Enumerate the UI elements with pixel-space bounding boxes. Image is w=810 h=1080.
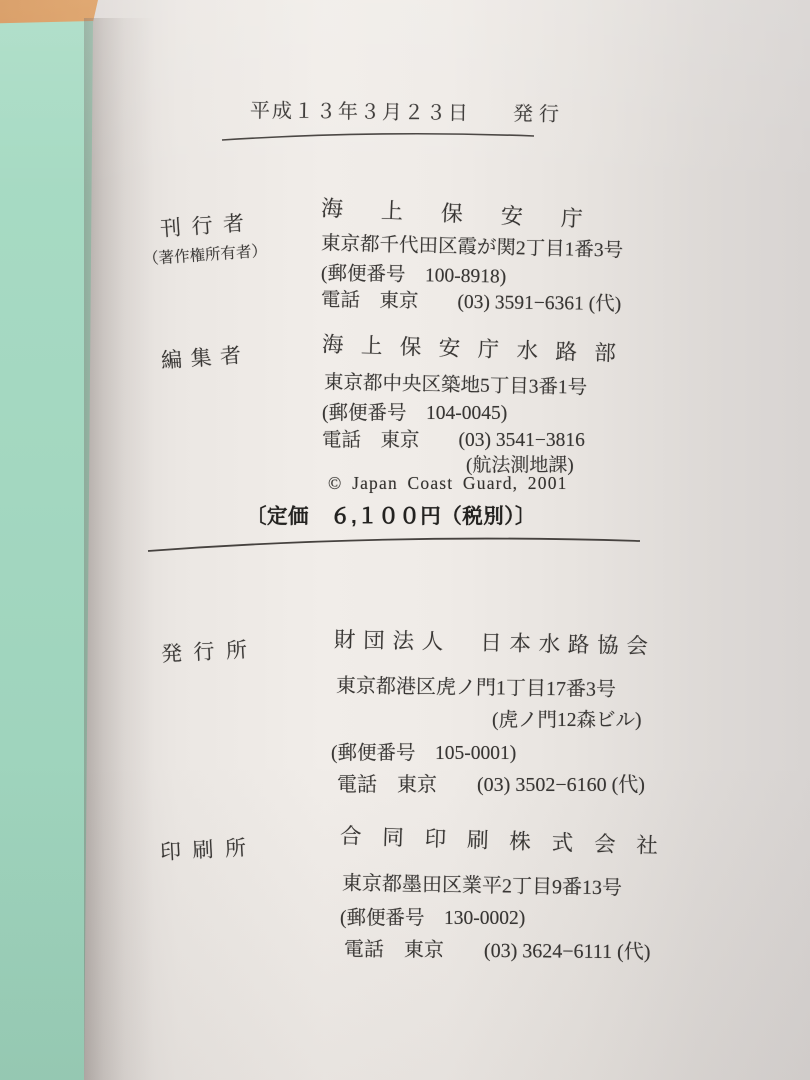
publisher-role-note: （著作権所有者）: [142, 239, 267, 270]
printer-org-name: 合同印刷株式会社: [340, 819, 659, 860]
issuer-building-note: (虎ノ門12森ビル): [492, 704, 642, 732]
book-colophon-photo: 平成１３年３月２３日 発行 刊行者 （著作権所有者） 海上保安庁 東京都千代田区…: [0, 0, 810, 1080]
publication-date: 平成１３年３月２３日: [250, 100, 470, 125]
printer-phone: 電話 東京 (03) 3624−6111 (代): [344, 933, 651, 965]
copyright-notice: © Japan Coast Guard, 2001: [328, 473, 568, 494]
editor-role-label: 編集者: [160, 339, 242, 375]
publisher-phone: 電話 東京 (03) 3591−6361 (代): [321, 284, 622, 316]
price-divider-rule: [146, 530, 644, 556]
issuer-postal-code: (郵便番号 105-0001): [331, 737, 516, 765]
printer-postal-code: (郵便番号 130-0002): [340, 902, 525, 930]
top-divider-rule: [220, 129, 536, 145]
publication-date-suffix: 発行: [513, 103, 565, 126]
publisher-org-name: 海上保安庁: [320, 192, 583, 234]
editor-org-name: 海上保安庁水路部: [322, 327, 617, 367]
editor-phone: 電話 東京 (03) 3541−3816: [322, 424, 585, 452]
publisher-role-label: 刊行者: [159, 207, 245, 243]
editor-address: 東京都中央区築地5丁目3番1号: [324, 366, 588, 400]
printer-address: 東京都墨田区業平2丁目9番13号: [342, 867, 622, 901]
page-gutter-shadow: [84, 18, 154, 1080]
price-line: 〔定価 ６,１００円（税別）〕: [246, 499, 536, 529]
issuer-address: 東京都港区虎ノ門1丁目17番3号: [336, 669, 616, 702]
publication-date-line: 平成１３年３月２３日 発行: [250, 94, 565, 127]
editor-postal-code: (郵便番号 104-0045): [322, 397, 507, 425]
issuer-role-label: 発行所: [160, 634, 247, 668]
book-cover-edge: [0, 0, 100, 1080]
issuer-phone: 電話 東京 (03) 3502−6160 (代): [337, 768, 645, 797]
issuer-org-name: 財団法人 日本水路協会: [334, 623, 649, 661]
printer-role-label: 印刷所: [159, 832, 246, 866]
